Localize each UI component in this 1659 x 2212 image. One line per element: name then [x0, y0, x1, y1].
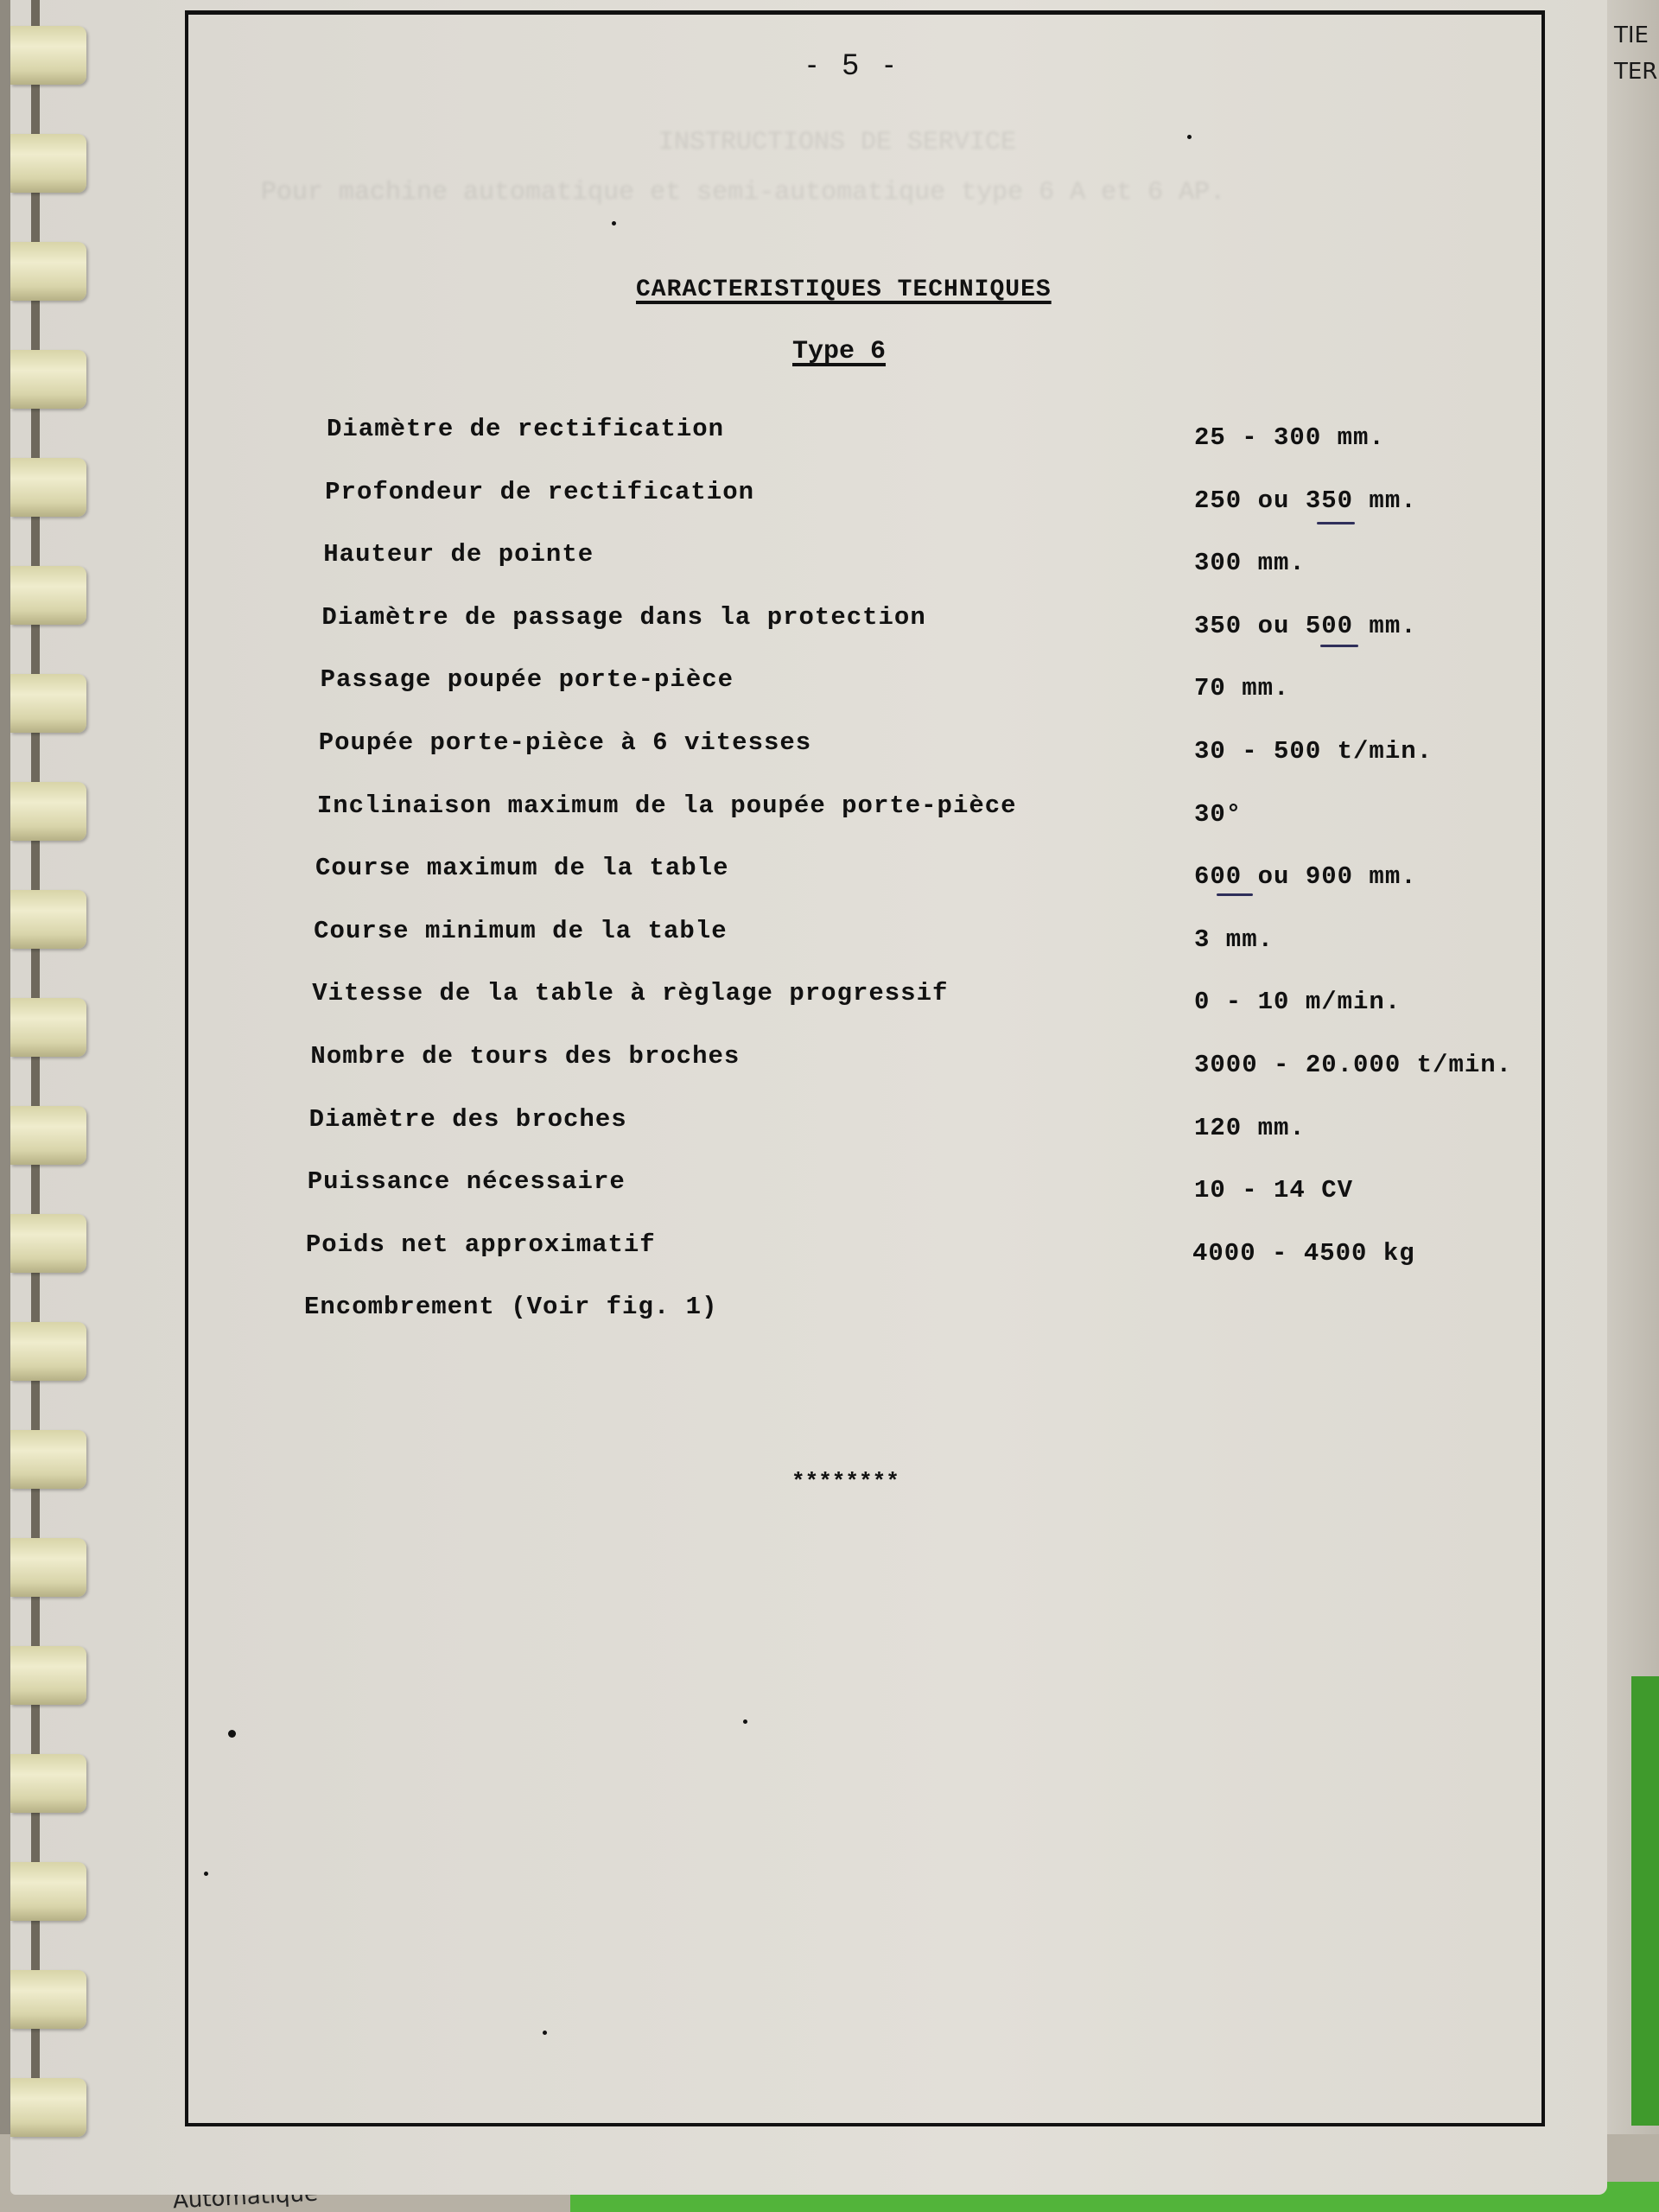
show-through-heading: INSTRUCTIONS DE SERVICE — [658, 128, 1016, 157]
spec-value: 70 mm. — [1194, 674, 1289, 702]
spec-label: Diamètre de passage dans la protection — [321, 603, 925, 632]
binding-ring — [10, 1322, 86, 1381]
spec-value: 10 - 14 CV — [1194, 1176, 1353, 1205]
spec-label: Poupée porte-pièce à 6 vitesses — [319, 728, 812, 757]
spec-label: Diamètre de rectification — [327, 415, 724, 443]
speck — [543, 2031, 547, 2035]
binding-spine — [31, 0, 40, 2134]
binding-ring — [10, 2078, 86, 2137]
binding-ring — [10, 782, 86, 841]
binding-ring — [10, 1214, 86, 1273]
binding-ring — [10, 998, 86, 1057]
spec-value: 3000 - 20.000 t/min. — [1194, 1051, 1512, 1079]
page-number: - 5 - — [807, 48, 902, 82]
spec-value: 120 mm. — [1194, 1114, 1306, 1142]
binding-ring — [10, 566, 86, 625]
spec-value: 30 - 500 t/min. — [1194, 737, 1433, 766]
speck — [743, 1719, 747, 1724]
spec-value: 300 mm. — [1194, 549, 1306, 577]
spec-value: 0 - 10 m/min. — [1194, 988, 1401, 1016]
binding-ring — [10, 350, 86, 409]
binding-ring — [10, 674, 86, 733]
margin-note-top-1: TIE — [1614, 22, 1649, 48]
spec-value: 350 ou 500 mm. — [1194, 612, 1417, 640]
spec-label: Course maximum de la table — [315, 854, 728, 882]
speck — [612, 221, 616, 226]
binding-ring — [10, 458, 86, 517]
spec-label: Course minimum de la table — [314, 917, 727, 945]
spec-value: 30° — [1194, 800, 1242, 829]
section-subtitle: Type 6 — [792, 337, 886, 366]
spec-label: Profondeur de rectification — [325, 478, 754, 506]
document-page: INSTRUCTIONS DE SERVICE Pour machine aut… — [10, 0, 1607, 2195]
spec-value: 250 ou 350 mm. — [1194, 486, 1417, 515]
ink-underline-500 — [1320, 645, 1358, 647]
speck — [204, 1872, 208, 1876]
binding-ring — [10, 1970, 86, 2029]
binding-ring — [10, 1754, 86, 1813]
spec-label: Inclinaison maximum de la poupée porte-p… — [317, 791, 1017, 820]
spec-label: Vitesse de la table à règlage progressif — [312, 979, 948, 1007]
binding-ring — [10, 134, 86, 193]
binding-ring — [10, 1430, 86, 1489]
separator-stars: ******** — [791, 1469, 899, 1495]
spec-label: Hauteur de pointe — [323, 540, 594, 569]
show-through-line: Pour machine automatique et semi-automat… — [261, 178, 1225, 207]
spec-label: Encombrement (Voir fig. 1) — [304, 1293, 717, 1321]
binding-ring — [10, 26, 86, 85]
speck — [228, 1730, 236, 1738]
spec-label: Diamètre des broches — [309, 1105, 627, 1134]
spiral-binding — [10, 0, 79, 2160]
spec-label: Poids net approximatif — [306, 1230, 656, 1259]
spec-value: 4000 - 4500 kg — [1192, 1239, 1415, 1268]
spec-value: 25 - 300 mm. — [1194, 423, 1385, 452]
binding-ring — [10, 1862, 86, 1921]
background-green-object — [1631, 1676, 1659, 2126]
spec-label: Passage poupée porte-pièce — [321, 665, 734, 694]
binding-ring — [10, 1106, 86, 1165]
spec-value: 600 ou 900 mm. — [1194, 862, 1417, 891]
spec-value: 3 mm. — [1194, 925, 1274, 954]
spec-label: Puissance nécessaire — [308, 1167, 626, 1196]
binding-ring — [10, 242, 86, 301]
speck — [1187, 135, 1192, 139]
margin-note-top-2: TER — [1614, 59, 1657, 85]
ink-underline-350 — [1317, 522, 1355, 524]
section-title: CARACTERISTIQUES TECHNIQUES — [636, 276, 1052, 303]
binding-ring — [10, 890, 86, 949]
spec-label: Nombre de tours des broches — [310, 1042, 740, 1071]
ink-underline-600 — [1217, 893, 1253, 896]
binding-ring — [10, 1538, 86, 1597]
binding-ring — [10, 1646, 86, 1705]
